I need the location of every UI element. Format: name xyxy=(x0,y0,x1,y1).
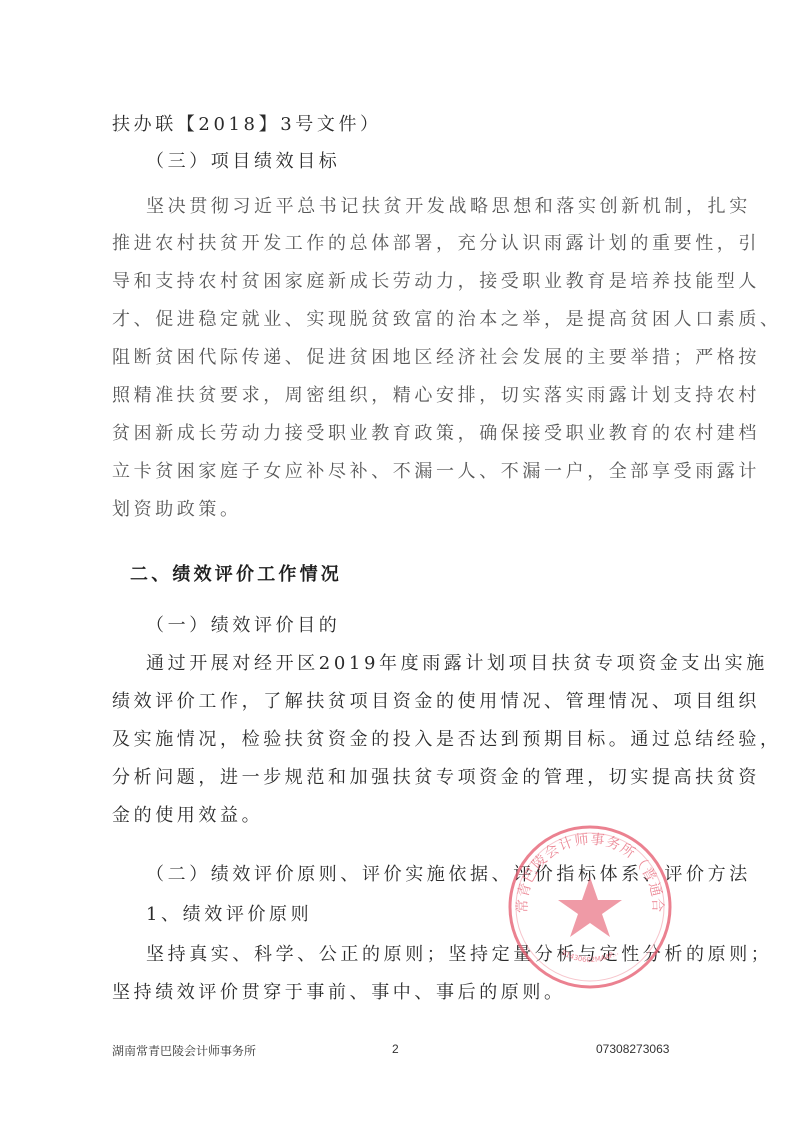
paragraph-line: 推进农村扶贫开发工作的总体部署，充分认识雨露计划的重要性，引 xyxy=(112,232,692,256)
paragraph-line: 导和支持农村贫困家庭新成长劳动力，接受职业教育是培养技能型人 xyxy=(112,270,692,294)
footer-phone: 07308273063 xyxy=(596,1042,669,1056)
paragraph-line: 坚决贯彻习近平总书记扶贫开发战略思想和落实创新机制，扎实 xyxy=(146,195,726,219)
paragraph-line: 划资助政策。 xyxy=(112,498,692,522)
paragraph-line: 金的使用效益。 xyxy=(112,804,692,828)
paragraph-line: 照精准扶贫要求，周密组织，精心安排，切实落实雨露计划支持农村 xyxy=(112,384,692,408)
footer-firm-name: 湖南常青巴陵会计师事务所 xyxy=(112,1042,256,1059)
paragraph-line: 贫困新成长劳动力接受职业教育政策，确保接受职业教育的农村建档 xyxy=(112,422,692,446)
footer-page-number: 2 xyxy=(392,1042,399,1056)
document-page: 扶办联【2018】3号文件） （三）项目绩效目标 坚决贯彻习近平总书记扶贫开发战… xyxy=(0,0,793,1121)
paragraph-line: 及实施情况，检验扶贫资金的投入是否达到预期目标。通过总结经验， xyxy=(112,728,692,752)
subsection-heading-project-goals: （三）项目绩效目标 xyxy=(146,150,726,174)
paragraph-line: 立卡贫困家庭子女应补尽补、不漏一人、不漏一户，全部享受雨露计 xyxy=(112,460,692,484)
subsection-heading-purpose: （一）绩效评价目的 xyxy=(146,614,726,638)
paragraph-line: 通过开展对经开区2019年度雨露计划项目扶贫专项资金支出实施 xyxy=(146,652,726,676)
numbered-heading-principles: 1、绩效评价原则 xyxy=(146,903,726,927)
paragraph-line: 分析问题，进一步规范和加强扶贫专项资金的管理，切实提高扶贫资 xyxy=(112,766,692,790)
paragraph-line: 坚持绩效评价贯穿于事前、事中、事后的原则。 xyxy=(112,981,692,1005)
paragraph-line: 坚持真实、科学、公正的原则；坚持定量分析与定性分析的原则； xyxy=(146,943,726,967)
section-heading-evaluation: 二、绩效评价工作情况 xyxy=(130,563,710,587)
text-line: 扶办联【2018】3号文件） xyxy=(112,113,692,137)
paragraph-line: 阻断贫困代际传递、促进贫困地区经济社会发展的主要举措；严格按 xyxy=(112,346,692,370)
subsection-heading-principles: （二）绩效评价原则、评价实施依据、评价指标体系、评价方法 xyxy=(146,863,726,887)
paragraph-line: 才、促进稳定就业、实现脱贫致富的治本之举，是提高贫困人口素质、 xyxy=(112,308,692,332)
paragraph-line: 绩效评价工作，了解扶贫项目资金的使用情况、管理情况、项目组织 xyxy=(112,690,692,714)
